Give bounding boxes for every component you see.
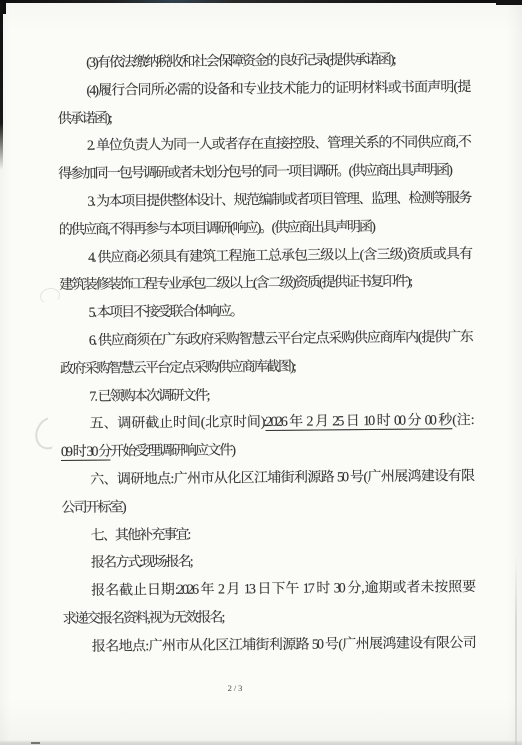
text-segment: (3)有依法缴纳税收和社会保障资金的良好记录(提供承诺函); xyxy=(86,53,395,71)
scanned-page: { "page": { "paper_color": "#fbfbf8", "e… xyxy=(0,0,522,745)
text-segment: 5. 本项目不接受联合体响应。 xyxy=(89,304,243,320)
text-segment: 3. 为本项目提供整体设计、规范编制或者项目管理、监理、检测等服务 xyxy=(87,191,470,210)
page-number: 2/3 xyxy=(176,683,296,693)
text-line: 报名地点:广州市从化区江埔街利源路 50 号(广州展鸿建设有限公司 xyxy=(63,630,475,662)
text-line: (4)履行合同所必需的设备和专业技术能力的证明材料或书面声明(提 xyxy=(57,74,469,106)
text-line: 七、其他补充事宜: xyxy=(62,519,474,551)
text-segment: 六、调研地点:广州市从化区江埔街利源路 50 号(广州展鸿建设有限 xyxy=(90,469,473,488)
text-segment: 政府采购智慧云平台定点采购供应商库截图); xyxy=(60,360,295,377)
underlined-text: 09 时 30 分 xyxy=(61,445,111,460)
text-segment: 得参加同一包号调研或者未划分包号的同一项目调研。(供应商出具声明函) xyxy=(58,163,451,182)
text-segment: 的供应商,不得再参与本项目调研(响应)。(供应商出具声明函) xyxy=(59,220,374,238)
text-line: 4. 供应商必须具有建筑工程施工总承包三级以上(含三级)资质或具有 xyxy=(59,241,471,273)
text-line: 09 时 30 分开始受理调研响应文件) xyxy=(61,435,473,467)
text-segment: (注: xyxy=(452,413,473,428)
scan-top-edge xyxy=(0,0,522,3)
text-line: 建筑装修装饰工程专业承包二级以上(含二级)资质(提供证书复印件); xyxy=(59,268,471,300)
text-line: 报名截止日期:2026 年 2 月 13 日下午 17 时 30 分,逾期或者未… xyxy=(62,574,474,606)
scan-bottom-tick-mark xyxy=(31,742,40,744)
text-segment: 公司开标室) xyxy=(61,500,124,516)
text-line: 2. 单位负责人为同一人或者存在直接控股、管理关系的不同供应商,不 xyxy=(58,129,470,161)
scan-top-right-mark xyxy=(496,0,522,5)
underlined-text: 2026 年 2 月 25 日 10 时 00 分 00 秒 xyxy=(265,414,452,431)
text-segment: 供承诺函); xyxy=(58,111,111,127)
text-segment: 报名截止日期:2026 年 2 月 13 日下午 17 时 30 分,逾期或者未… xyxy=(91,580,474,599)
text-segment: (4)履行合同所必需的设备和专业技术能力的证明材料或书面声明(提 xyxy=(86,80,469,99)
scan-smudge-mark xyxy=(39,286,62,306)
scan-left-edge xyxy=(0,2,3,170)
text-line: 3. 为本项目提供整体设计、规范编制或者项目管理、监理、检测等服务 xyxy=(58,185,470,217)
text-line: 报名方式:现场报名; xyxy=(62,546,474,578)
text-segment: 建筑装修装饰工程专业承包二级以上(含二级)资质(提供证书复印件); xyxy=(59,275,411,293)
text-line: 7. 已领购本次调研文件; xyxy=(60,380,472,412)
text-line: 5. 本项目不接受联合体响应。 xyxy=(59,296,471,328)
text-segment: 七、其他补充事宜: xyxy=(91,527,190,543)
text-line: 五、调研截止时间(北京时间):2026 年 2 月 25 日 10 时 00 分… xyxy=(61,407,473,439)
text-line: 得参加同一包号调研或者未划分包号的同一项目调研。(供应商出具声明函) xyxy=(58,157,470,189)
text-segment: 7. 已领购本次调研文件; xyxy=(89,388,208,404)
text-line: 6. 供应商须在广东政府采购智慧云平台定点采购供应商库内(提供广东 xyxy=(60,324,472,356)
text-segment: 6. 供应商须在广东政府采购智慧云平台定点采购供应商库内(提供广东 xyxy=(89,330,472,349)
scan-right-streak xyxy=(515,555,517,745)
text-line: 公司开标室) xyxy=(61,491,473,523)
text-segment: 求递交报名资料,视为无效报名; xyxy=(62,610,223,627)
text-segment: 五、调研截止时间(北京时间): xyxy=(90,415,266,432)
text-line: 供承诺函); xyxy=(58,102,470,134)
text-line: 政府采购智慧云平台定点采购供应商库截图); xyxy=(60,352,472,384)
text-segment: 4. 供应商必须具有建筑工程施工总承包三级以上(含三级)资质或具有 xyxy=(88,247,471,266)
text-segment: 报名方式:现场报名; xyxy=(91,555,192,571)
text-line: 六、调研地点:广州市从化区江埔街利源路 50 号(广州展鸿建设有限 xyxy=(61,463,473,495)
text-segment: 开始受理调研响应文件) xyxy=(110,443,234,459)
text-line: 的供应商,不得再参与本项目调研(响应)。(供应商出具声明函) xyxy=(59,213,471,245)
text-segment: 报名地点:广州市从化区江埔街利源路 50 号(广州展鸿建设有限公司 xyxy=(92,636,475,655)
scan-bottom-edge xyxy=(0,740,522,745)
text-segment: 2. 单位负责人为同一人或者存在直接控股、管理关系的不同供应商,不 xyxy=(87,135,470,154)
text-line: (3)有依法缴纳税收和社会保障资金的良好记录(提供承诺函); xyxy=(57,46,469,78)
text-line: 求递交报名资料,视为无效报名; xyxy=(62,602,474,634)
document-text: (3)有依法缴纳税收和社会保障资金的良好记录(提供承诺函);(4)履行合同所必需… xyxy=(57,46,475,661)
